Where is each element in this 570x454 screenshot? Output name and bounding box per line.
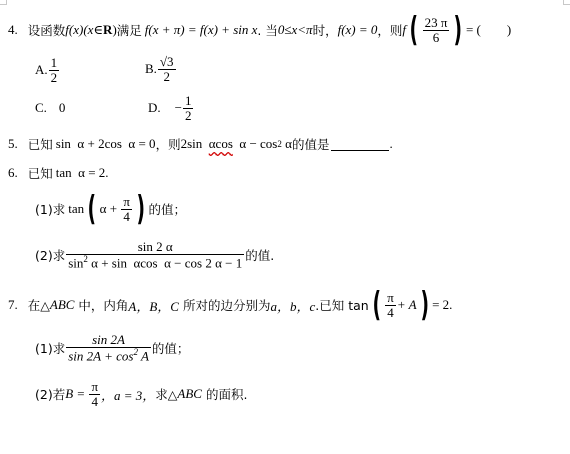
left-paren: ( [410,13,419,47]
fraction-23pi-over-6: 23 π 6 [423,16,450,44]
option-b: B. √3 2 [145,53,177,85]
answer-blank [331,138,389,151]
question-4-stem: 4. 设函数 f(x) (x∈R) 满足 f(x + π) = f(x) + s… [8,14,511,46]
question-number: 4. [8,22,18,38]
option-a: A. 1 2 [35,55,60,85]
question-5: 5. 已知 sin α + 2cos α = 0 ，则 2sin αcos α … [8,135,393,153]
option-c: C. 0 [35,98,65,118]
question-7: 7. 在△ ABC 中，内角 A，B，C 所对的边分别为 a，b，c .已知 t… [8,287,452,323]
option-d: D. − 1 2 [148,92,194,124]
answer-blank: = ( ) [466,22,511,38]
crop-mark-top-right [563,0,570,5]
crop-mark-top-left [0,0,7,5]
spellcheck-underline: αcos [209,136,233,152]
question-6: 6. 已知 tan α = 2. [8,164,109,182]
question-6-part-2: (2)求 sin 2 α sin2 α + sin αcos α − cos 2… [35,236,274,274]
question-7-part-1: (1)求 sin 2A sin 2A + cos2 A 的值； [35,330,189,366]
question-6-part-1: (1)求 tan ( α + π 4 ) 的值； [35,191,186,227]
right-paren: ) [454,13,463,47]
question-7-part-2: (2)若 B = π 4 ，a = 3， 求△ ABC 的面积. [35,376,247,412]
